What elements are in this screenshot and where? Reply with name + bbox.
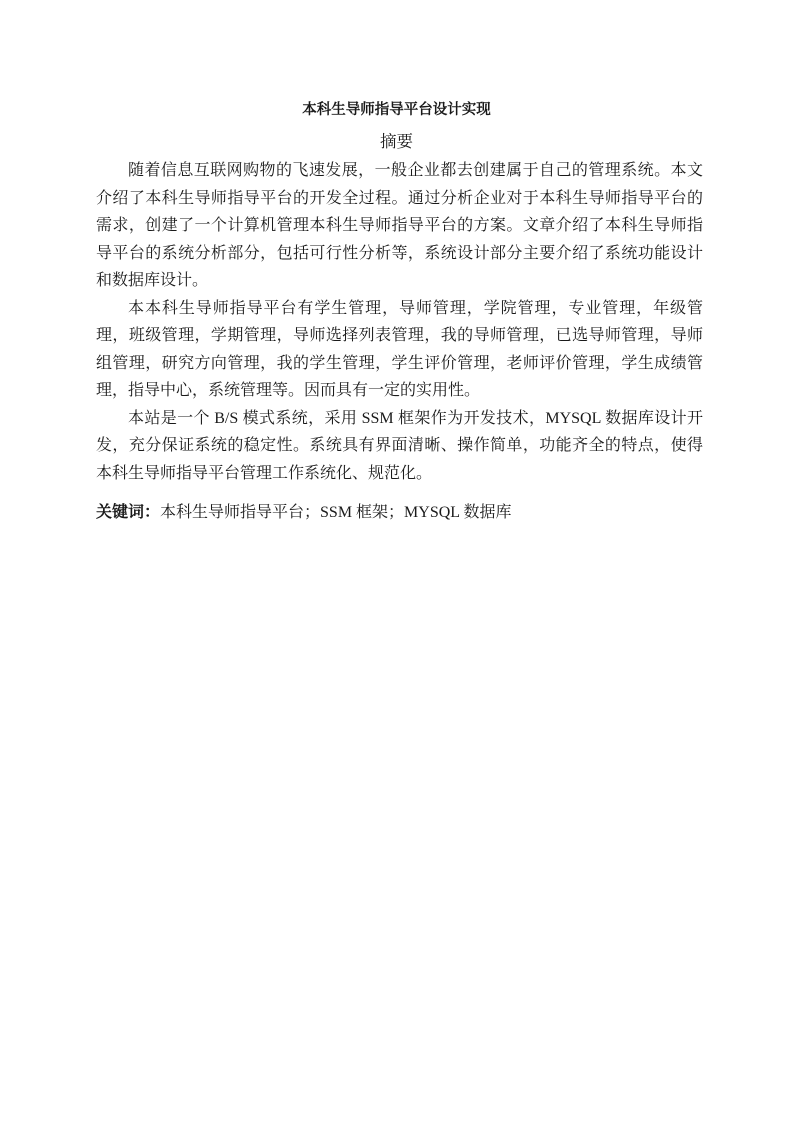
abstract-body: 随着信息互联网购物的飞速发展，一般企业都去创建属于自己的管理系统。本文介绍了本科… — [96, 157, 703, 487]
abstract-paragraph-1: 随着信息互联网购物的飞速发展，一般企业都去创建属于自己的管理系统。本文介绍了本科… — [96, 157, 703, 295]
keywords-line: 关键词：本科生导师指导平台；SSM 框架；MYSQL 数据库 — [96, 499, 703, 527]
keywords-text: 本科生导师指导平台；SSM 框架；MYSQL 数据库 — [160, 504, 511, 521]
abstract-paragraph-2: 本本科生导师指导平台有学生管理，导师管理，学院管理，专业管理，年级管理，班级管理… — [96, 295, 703, 405]
keywords-label: 关键词： — [96, 504, 160, 521]
document-page: 本科生导师指导平台设计实现 摘要 随着信息互联网购物的飞速发展，一般企业都去创建… — [0, 0, 793, 1122]
abstract-paragraph-3: 本站是一个 B/S 模式系统，采用 SSM 框架作为开发技术，MYSQL 数据库… — [96, 405, 703, 488]
document-title: 本科生导师指导平台设计实现 — [0, 100, 793, 120]
abstract-heading: 摘要 — [0, 131, 793, 153]
